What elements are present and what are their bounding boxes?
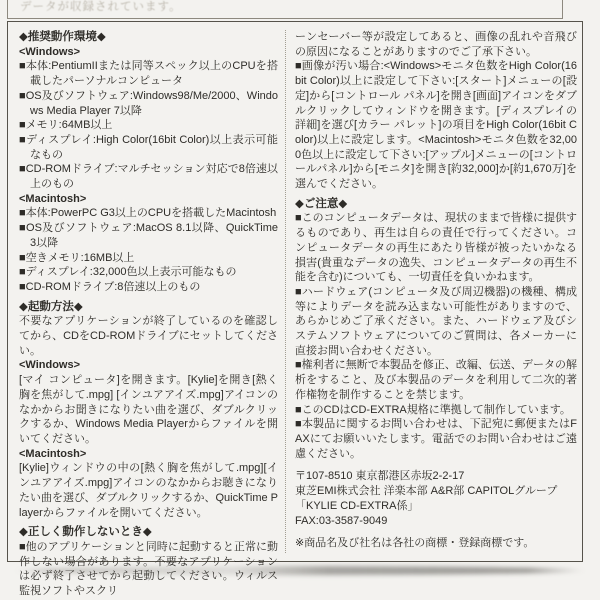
spec-item-display: ■ディスプレイ:High Color(16bit Color)以上表示可能なもの <box>19 133 278 162</box>
caution-cd-extra-standard: ■このCDはCD-EXTRA規格に準拠して制作しています。 <box>295 403 577 418</box>
faded-top-note: データが収録されています。 <box>8 0 182 18</box>
spec-item-mac-display: ■ディスプレイ:32,000色以上表示可能なもの <box>19 265 278 280</box>
spec-item-mac: ■本体:PowerPC G3以上のCPUを搭載したMacintosh <box>19 206 278 221</box>
trademark-note: ※商品名及び社名は各社の商標・登録商標です。 <box>295 536 577 551</box>
scanned-document-page: データが収録されています。 ◆推奨動作環境◆<Windows>■本体:Penti… <box>0 0 600 600</box>
fax-number: FAX:03-3587-9049 <box>295 514 577 529</box>
caution-hardware: ■ハードウェア(コンピュータ及び周辺機器)の機種、構成等によりデータを読み込まな… <box>295 285 577 359</box>
startup-intro: 不要なアプリケーションが終了しているのを確認してから、CDをCD-ROMドライブ… <box>19 314 278 358</box>
platform-subheading-windows: <Windows> <box>19 45 278 60</box>
caution-copyright: ■権利者に無断で本製品を修正、改編、伝送、データの解析をすること、及び本製品のデ… <box>295 358 577 402</box>
startup-macintosh-steps: [Kylie]ウィンドウの中の[熱く胸を焦がして.mpg][インユアアイズ.mp… <box>19 461 278 520</box>
section-heading-caution: ◆ご注意◆ <box>295 197 577 212</box>
spec-item-mac-memory: ■空きメモリ:16MB以上 <box>19 251 278 266</box>
spec-item-mac-os: ■OS及びソフトウェア:MacOS 8.1以降、QuickTime 3以降 <box>19 221 278 250</box>
spec-item-mac-cdrom: ■CD-ROMドライブ:8倍速以上のもの <box>19 280 278 295</box>
spec-item-os-software: ■OS及びソフトウェア:Windows98/Me/2000、Windows Me… <box>19 89 278 118</box>
platform-subheading-windows-2: <Windows> <box>19 358 278 373</box>
postal-address: 〒107-8510 東京都港区赤坂2-2-17 <box>295 469 577 484</box>
section-heading-startup: ◆起動方法◆ <box>19 300 278 315</box>
startup-windows-steps: [マイ コンピュータ]を開きます。[Kylie]を開き[熱く胸を焦がして.mpg… <box>19 373 278 447</box>
platform-subheading-macintosh-2: <Macintosh> <box>19 447 278 462</box>
notes-content-box: ◆推奨動作環境◆<Windows>■本体:PentiumIIまたは同等スペック以… <box>7 21 583 562</box>
left-column: ◆推奨動作環境◆<Windows>■本体:PentiumIIまたは同等スペック以… <box>19 30 285 553</box>
company-line: 東芝EMI株式会社 洋楽本部 A&R部 CAPITOLグループ <box>295 484 577 499</box>
troubleshooting-apps-continued: ーンセーバー等が設定してあると、画像の乱れや音飛びの原因になることがありますので… <box>295 30 577 59</box>
platform-subheading-macintosh: <Macintosh> <box>19 192 278 207</box>
department-line: 「KYLIE CD-EXTRA係」 <box>295 499 577 514</box>
section-heading-troubleshooting: ◆正しく動作しないとき◆ <box>19 525 278 540</box>
spec-item-cdrom: ■CD-ROMドライブ:マルチセッション対応で8倍速以上のもの <box>19 162 278 191</box>
caution-as-is: ■このコンピュータデータは、現状のままで皆様に提供するものであり、再生は自らの責… <box>295 211 577 285</box>
troubleshooting-image-quality: ■画像が汚い場合:<Windows>モニタ色数をHigh Color(16bit… <box>295 59 577 191</box>
right-column: ーンセーバー等が設定してあると、画像の乱れや音飛びの原因になることがありますので… <box>285 30 577 553</box>
spec-item-memory: ■メモリ:64MB以上 <box>19 118 278 133</box>
caution-inquiries: ■本製品に関するお問い合わせは、下記宛に郵便またはFAXにてお願いいたします。電… <box>295 417 577 461</box>
previous-section-box-remnant: データが収録されています。 <box>7 0 563 19</box>
spec-item-pc: ■本体:PentiumIIまたは同等スペック以上のCPUを搭載したパーソナルコン… <box>19 59 278 88</box>
section-heading-recommended-environment: ◆推奨動作環境◆ <box>19 30 278 45</box>
scan-smudge-artifact <box>14 566 586 575</box>
